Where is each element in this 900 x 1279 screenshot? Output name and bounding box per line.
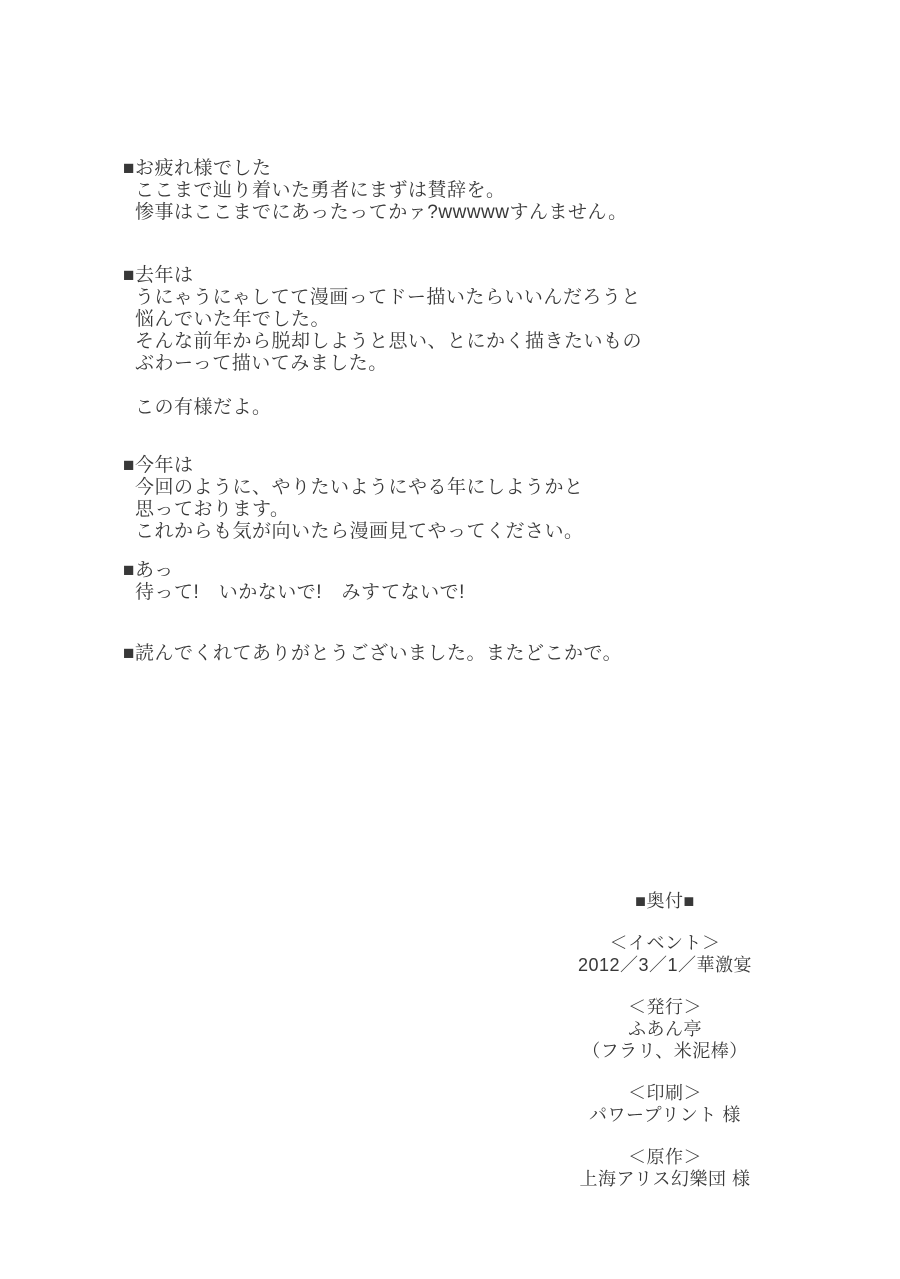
- section-wait: ■あっ 待って! いかないで! みすてないで!: [123, 560, 465, 604]
- colophon-label: ＜発行＞: [535, 996, 795, 1018]
- colophon-label: ＜イベント＞: [535, 932, 795, 954]
- section-line: 思っております。: [135, 499, 584, 521]
- section-line: うにゃうにゃしてて漫画ってドー描いたらいいんだろうと: [135, 287, 642, 309]
- section-header: ■読んでくれてありがとうございました。またどこかで。: [123, 643, 622, 665]
- section-header: ■去年は: [123, 265, 642, 287]
- colophon-label: ＜原作＞: [535, 1146, 795, 1168]
- colophon-value: パワープリント 様: [535, 1104, 795, 1126]
- section-line: 惨事はここまでにあったってかァ?wwwwwすんません。: [135, 202, 628, 224]
- section-line: ぶわーって描いてみました。: [135, 353, 642, 375]
- colophon-value: ふあん亭: [535, 1018, 795, 1040]
- colophon-title: ■奥付■: [535, 890, 795, 912]
- colophon: ■奥付■ ＜イベント＞ 2012／3／1／華激宴 ＜発行＞ ふあん亭 （フラリ、…: [535, 890, 795, 1190]
- section-line: そんな前年から脱却しようと思い、とにかく描きたいもの: [135, 331, 642, 353]
- afterword-page: ■お疲れ様でした ここまで辿り着いた勇者にまずは賛辞を。 惨事はここまでにあった…: [0, 0, 900, 1279]
- colophon-value: 上海アリス幻樂団 様: [535, 1168, 795, 1190]
- section-line: ここまで辿り着いた勇者にまずは賛辞を。: [135, 180, 628, 202]
- colophon-value: 2012／3／1／華激宴: [535, 954, 795, 976]
- colophon-value: （フラリ、米泥棒）: [535, 1040, 795, 1062]
- colophon-entry-original: ＜原作＞ 上海アリス幻樂団 様: [535, 1146, 795, 1190]
- section-last-year: ■去年は うにゃうにゃしてて漫画ってドー描いたらいいんだろうと 悩んでいた年でし…: [123, 265, 642, 419]
- colophon-label: ＜印刷＞: [535, 1082, 795, 1104]
- section-line: この有様だよ。: [135, 397, 642, 419]
- section-header: ■今年は: [123, 455, 584, 477]
- colophon-entry-publisher: ＜発行＞ ふあん亭 （フラリ、米泥棒）: [535, 996, 795, 1062]
- colophon-entry-printer: ＜印刷＞ パワープリント 様: [535, 1082, 795, 1126]
- section-header: ■あっ: [123, 560, 465, 582]
- section-line: これからも気が向いたら漫画見てやってください。: [135, 521, 584, 543]
- section-line: 今回のように、やりたいようにやる年にしようかと: [135, 477, 584, 499]
- section-blank-line: [135, 375, 642, 397]
- section-thanks: ■お疲れ様でした ここまで辿り着いた勇者にまずは賛辞を。 惨事はここまでにあった…: [123, 158, 628, 224]
- section-line: 待って! いかないで! みすてないで!: [135, 582, 465, 604]
- section-this-year: ■今年は 今回のように、やりたいようにやる年にしようかと 思っております。 これ…: [123, 455, 584, 543]
- section-line: 悩んでいた年でした。: [135, 309, 642, 331]
- section-goodbye: ■読んでくれてありがとうございました。またどこかで。: [123, 643, 622, 665]
- colophon-entry-event: ＜イベント＞ 2012／3／1／華激宴: [535, 932, 795, 976]
- section-header: ■お疲れ様でした: [123, 158, 628, 180]
